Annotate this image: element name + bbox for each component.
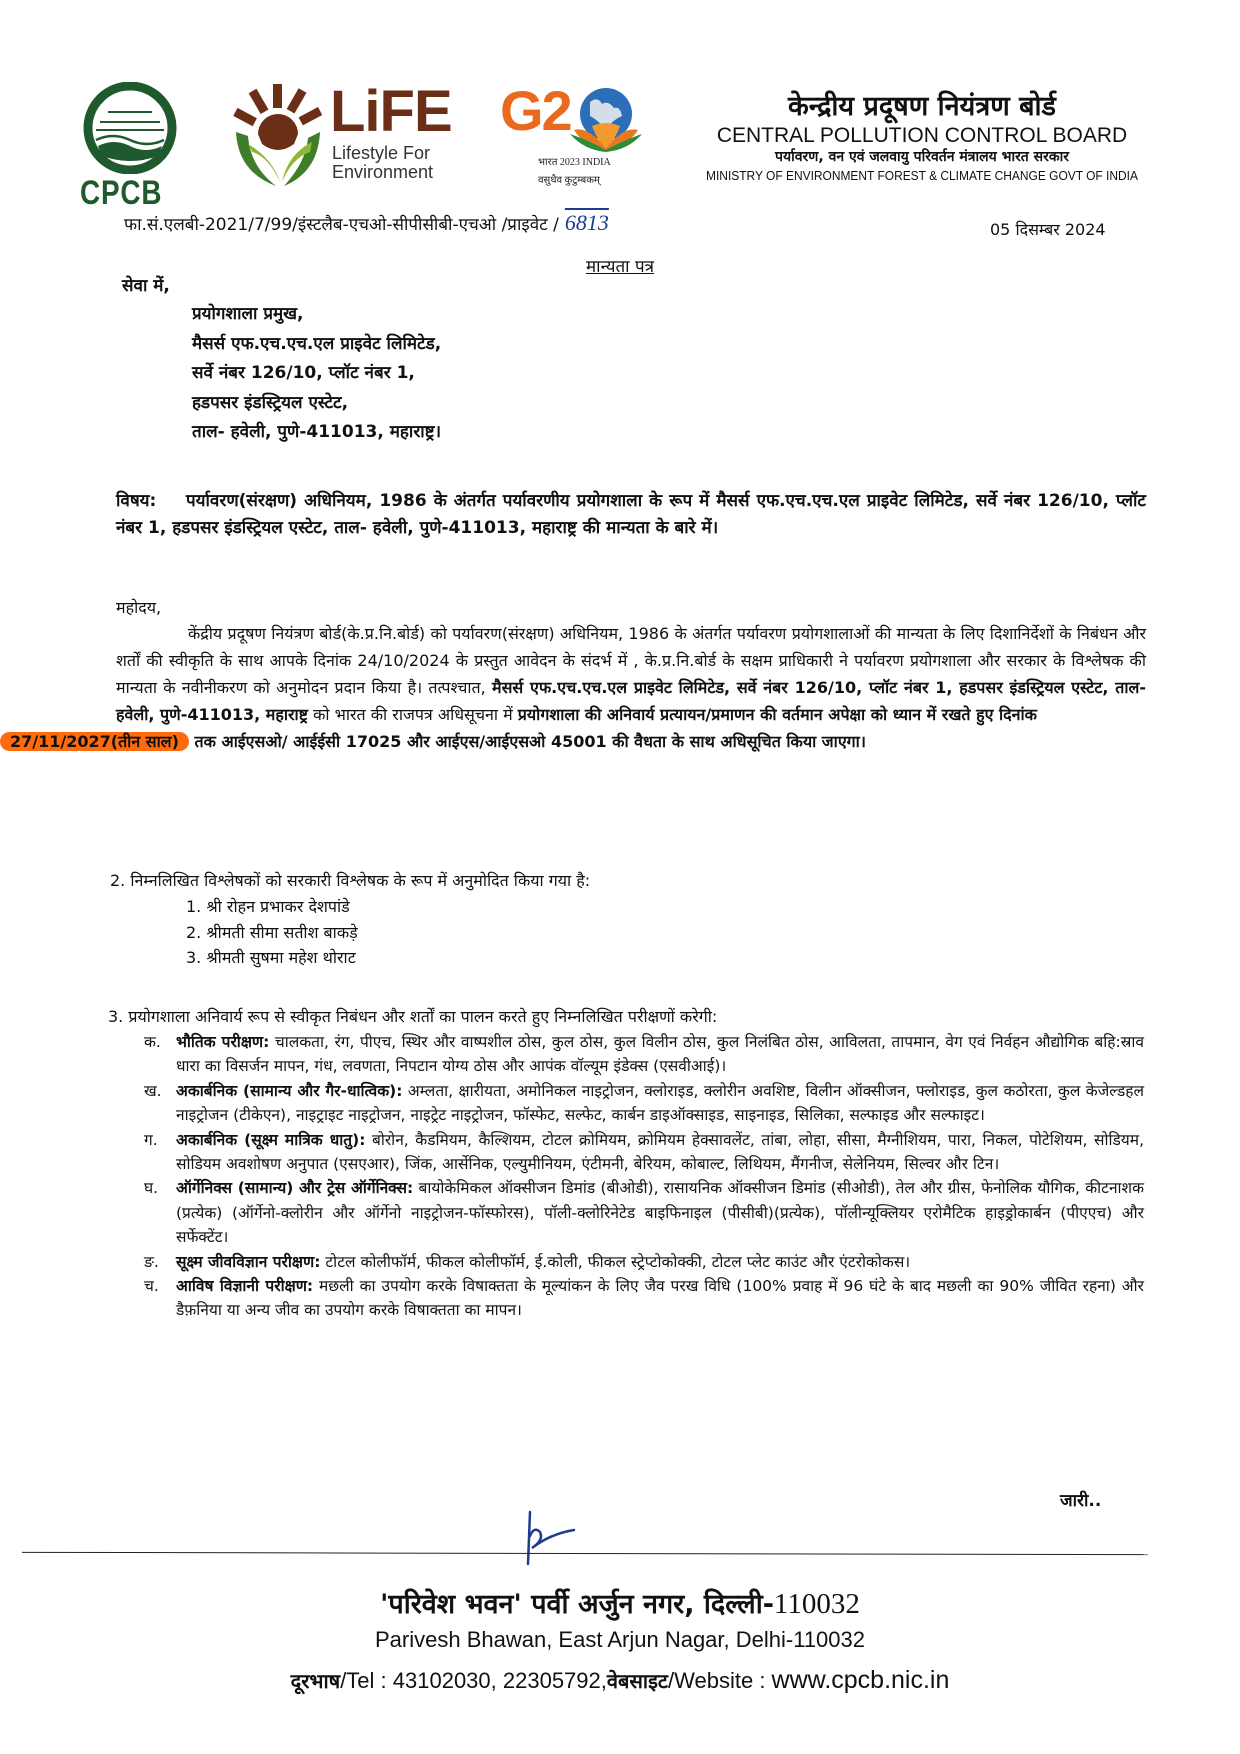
- test-heading: आविष विज्ञानी परीक्षण:: [176, 1277, 313, 1295]
- signature-initial-icon: [520, 1508, 590, 1568]
- life-logo-subtitle: Lifestyle For Environment: [332, 144, 433, 182]
- list-item: ङ.सूक्ष्म जीवविज्ञान परीक्षण: टोटल कोलीफ…: [144, 1250, 1144, 1274]
- footer-pin: 110032: [774, 1588, 860, 1620]
- subject-block: विषय:पर्यावरण(संरक्षण) अधिनियम, 1986 के …: [116, 488, 1146, 542]
- tel-label-english: /Tel :: [340, 1668, 393, 1693]
- document-title: मान्यता पत्र: [586, 254, 654, 277]
- section-2-intro: 2. निम्नलिखित विश्लेषकों को सरकारी विश्ल…: [110, 868, 590, 894]
- ministry-hindi: पर्यावरण, वन एवं जलवायु परिवर्तन मंत्राल…: [662, 148, 1182, 167]
- list-item: ग.अकार्बनिक (सूक्ष्म मात्रिक धातु): बोरो…: [144, 1128, 1144, 1177]
- list-marker: ङ.: [144, 1250, 176, 1274]
- subject-text: पर्यावरण(संरक्षण) अधिनियम, 1986 के अंतर्…: [116, 491, 1146, 538]
- g20-globe-lotus-icon: [568, 86, 644, 152]
- g20-logo: G2 भारत 2023 INDIA वसुधैव कुटुम्बकम्: [500, 84, 650, 194]
- subject-label: विषय:: [116, 488, 186, 515]
- website-link[interactable]: www.cpcb.nic.in: [772, 1666, 950, 1694]
- section-3-intro: 3. प्रयोगशाला अनिवार्य रूप से स्वीकृत नि…: [108, 1004, 717, 1030]
- list-marker: ख.: [144, 1079, 176, 1128]
- g20-subtitle-1: भारत 2023 INDIA: [538, 154, 611, 168]
- validity-date-highlight: 27/11/2027(तीन साल): [0, 732, 189, 751]
- list-item: 2. श्रीमती सीमा सतीश बाकड़े: [186, 920, 358, 946]
- list-item: क.भौतिक परीक्षण: चालकता, रंग, पीएच, स्थि…: [144, 1030, 1144, 1079]
- list-item: घ.ऑर्गेनिक्स (सामान्य) और ट्रेस ऑर्गेनिक…: [144, 1176, 1144, 1249]
- test-text: चालकता, रंग, पीएच, स्थिर और वाष्पशील ठोस…: [176, 1033, 1144, 1075]
- website-label-hindi: वेबसाइट: [607, 1669, 668, 1693]
- body-paragraph-1: केंद्रीय प्रदूषण नियंत्रण बोर्ड(के.प्र.न…: [116, 620, 1146, 755]
- cpcb-logo-text: CPCB: [80, 174, 162, 213]
- life-logo-word: LiFE: [330, 78, 452, 145]
- file-reference-handwritten-number: 6813: [565, 210, 609, 235]
- test-heading: ऑर्गेनिक्स (सामान्य) और ट्रेस ऑर्गेनिक्स…: [176, 1179, 413, 1197]
- life-sun-icon: [228, 82, 328, 192]
- telephone-numbers: 43102030, 22305792,: [393, 1668, 607, 1693]
- footer-contact: दूरभाष/Tel : 43102030, 22305792,वेबसाइट/…: [0, 1666, 1240, 1695]
- file-reference-text: फा.सं.एलबी-2021/7/99/इंस्टलैब-एचओ-सीपीसी…: [124, 215, 559, 235]
- para1-requirement: प्रयोगशाला की अनिवार्य प्रत्यायन/प्रमाणन…: [518, 705, 1037, 724]
- tel-label-hindi: दूरभाष: [291, 1669, 341, 1693]
- addressee-salutation: सेवा में,: [122, 272, 170, 301]
- test-text: टोटल कोलीफॉर्म, फीकल कोलीफॉर्म, ई.कोली, …: [320, 1253, 910, 1271]
- footer-address-hindi: 'परिवेश भवन' पर्वी अर्जुन नगर, दिल्ली-11…: [0, 1584, 1240, 1621]
- address-line: प्रयोगशाला प्रमुख,: [192, 300, 441, 330]
- list-item: 3. श्रीमती सुषमा महेश थोराट: [186, 945, 358, 971]
- cpcb-logo: CPCB: [78, 82, 182, 212]
- footer-address-english: Parivesh Bhawan, East Arjun Nagar, Delhi…: [0, 1627, 1240, 1653]
- org-name-hindi: केन्द्रीय प्रदूषण नियंत्रण बोर्ड: [662, 90, 1182, 124]
- list-marker: क.: [144, 1030, 176, 1079]
- test-heading: सूक्ष्म जीवविज्ञान परीक्षण:: [176, 1253, 320, 1271]
- salutation: महोदय,: [116, 596, 161, 618]
- address-line: मैसर्स एफ.एच.एच.एल प्राइवेट लिमिटेड,: [192, 330, 441, 360]
- list-marker: ग.: [144, 1128, 176, 1177]
- test-list: क.भौतिक परीक्षण: चालकता, रंग, पीएच, स्थि…: [144, 1030, 1144, 1323]
- test-heading: भौतिक परीक्षण:: [176, 1033, 269, 1051]
- list-item: च.आविष विज्ञानी परीक्षण: मछली का उपयोग क…: [144, 1274, 1144, 1323]
- address-line: ताल- हवेली, पुणे-411013, महाराष्ट्र।: [192, 418, 441, 448]
- org-letterhead: केन्द्रीय प्रदूषण नियंत्रण बोर्ड CENTRAL…: [662, 90, 1182, 184]
- file-reference: फा.सं.एलबी-2021/7/99/इंस्टलैब-एचओ-सीपीसी…: [124, 210, 609, 236]
- addressee-block: प्रयोगशाला प्रमुख, मैसर्स एफ.एच.एच.एल प्…: [192, 300, 441, 448]
- g20-logo-word: G2: [500, 78, 571, 143]
- cpcb-emblem-icon: [78, 82, 182, 174]
- address-line: सर्वे नंबर 126/10, प्लॉट नंबर 1,: [192, 359, 441, 389]
- list-item: 1. श्री रोहन प्रभाकर देशपांडे: [186, 894, 358, 920]
- org-name-english: CENTRAL POLLUTION CONTROL BOARD: [662, 124, 1182, 148]
- website-label-english: /Website :: [668, 1668, 772, 1693]
- ministry-english: MINISTRY OF ENVIRONMENT FOREST & CLIMATE…: [683, 167, 1161, 184]
- life-subtitle-line1: Lifestyle For: [332, 144, 433, 163]
- analyst-list: 1. श्री रोहन प्रभाकर देशपांडे 2. श्रीमती…: [186, 894, 358, 971]
- para1-validity-text: तक आईएसओ/ आईईसी 17025 और आईएस/आईएसओ 4500…: [189, 732, 866, 751]
- para1-text-2: को भारत की राजपत्र अधिसूचना में: [308, 705, 518, 724]
- g20-subtitle-2: वसुधैव कुटुम्बकम्: [538, 172, 600, 186]
- address-line: हडपसर इंडस्ट्रियल एस्टेट,: [192, 389, 441, 419]
- test-heading: अकार्बनिक (सामान्य और गैर-धात्विक):: [176, 1082, 402, 1100]
- list-item: ख.अकार्बनिक (सामान्य और गैर-धात्विक): अम…: [144, 1079, 1144, 1128]
- continued-marker: जारी..: [1060, 1488, 1101, 1511]
- list-marker: च.: [144, 1274, 176, 1323]
- letter-date: 05 दिसम्बर 2024: [990, 218, 1106, 240]
- test-heading: अकार्बनिक (सूक्ष्म मात्रिक धातु):: [176, 1131, 365, 1149]
- list-marker: घ.: [144, 1176, 176, 1249]
- life-logo: LiFE Lifestyle For Environment: [228, 82, 458, 192]
- test-text: मछली का उपयोग करके विषाक्तता के मूल्यांक…: [176, 1277, 1144, 1319]
- life-subtitle-line2: Environment: [332, 163, 433, 182]
- footer-address-hindi-text: 'परिवेश भवन' पर्वी अर्जुन नगर, दिल्ली-: [380, 1589, 774, 1620]
